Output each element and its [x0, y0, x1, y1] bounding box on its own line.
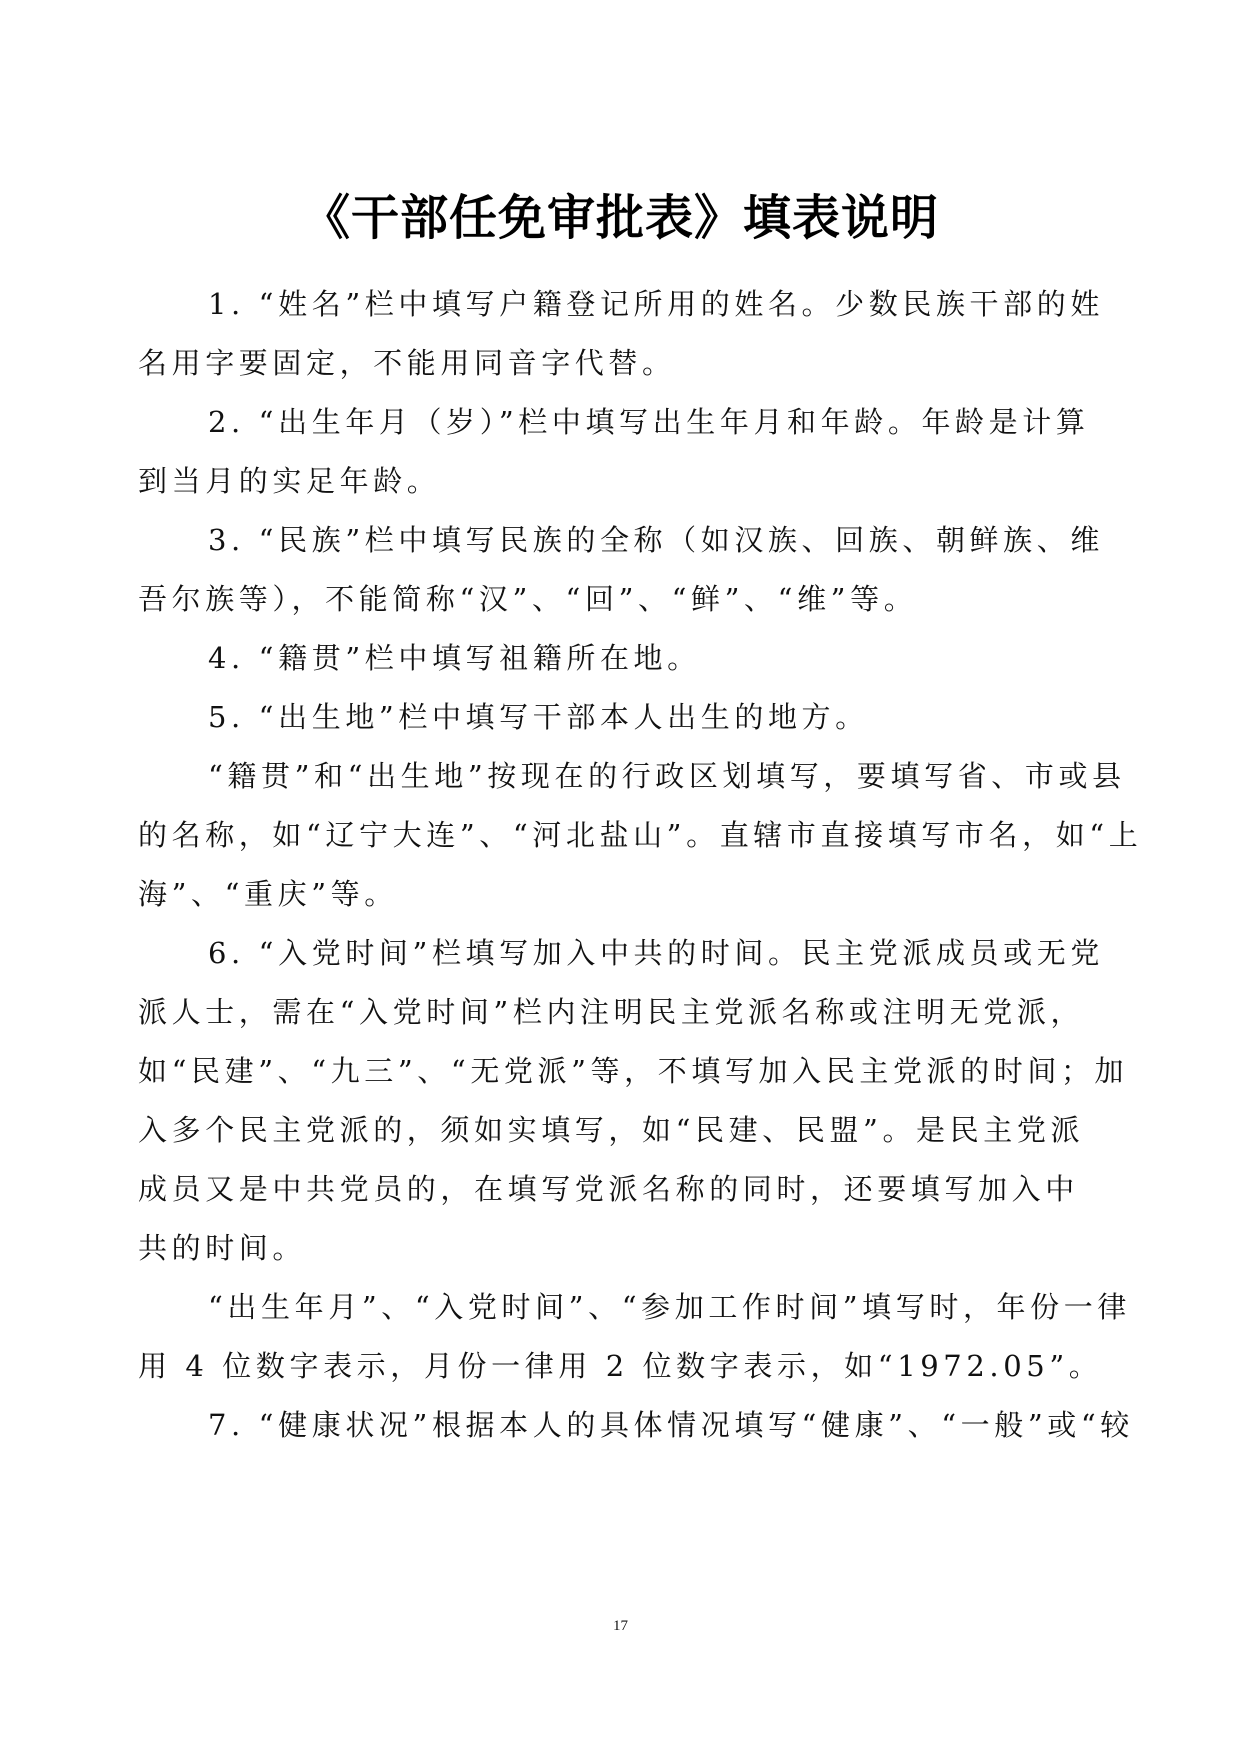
paragraph-line: “出生年月”、“入党时间”、“参加工作时间”填写时，年份一律	[208, 1287, 1168, 1327]
paragraph-line: 用 4 位数字表示，月份一律用 2 位数字表示，如“1972.05”。	[138, 1346, 1098, 1386]
paragraph-line: 2. “出生年月（岁）”栏中填写出生年月和年龄。年龄是计算	[208, 402, 1168, 442]
paragraph-line: 共的时间。	[138, 1228, 1098, 1268]
paragraph-line: 海”、“重庆”等。	[138, 874, 1098, 914]
page-title: 《干部任免审批表》填表说明	[0, 188, 1241, 248]
paragraph-line: 1. “姓名”栏中填写户籍登记所用的姓名。少数民族干部的姓	[208, 284, 1168, 324]
paragraph-line: 3. “民族”栏中填写民族的全称（如汉族、回族、朝鲜族、维	[208, 520, 1168, 560]
page-number: 17	[0, 1618, 1241, 1635]
paragraph-line: 如“民建”、“九三”、“无党派”等，不填写加入民主党派的时间；加	[138, 1051, 1098, 1091]
paragraph-line: 7. “健康状况”根据本人的具体情况填写“健康”、“一般”或“较	[208, 1405, 1168, 1445]
paragraph-line: 成员又是中共党员的，在填写党派名称的同时，还要填写加入中	[138, 1169, 1098, 1209]
paragraph-line: 4. “籍贯”栏中填写祖籍所在地。	[208, 638, 1168, 678]
paragraph-line: 名用字要固定，不能用同音字代替。	[138, 343, 1098, 383]
paragraph-line: 到当月的实足年龄。	[138, 461, 1098, 501]
paragraph-line: “籍贯”和“出生地”按现在的行政区划填写，要填写省、市或县	[208, 756, 1168, 796]
paragraph-line: 派人士，需在“入党时间”栏内注明民主党派名称或注明无党派，	[138, 992, 1098, 1032]
paragraph-line: 6. “入党时间”栏填写加入中共的时间。民主党派成员或无党	[208, 933, 1168, 973]
paragraph-line: 吾尔族等），不能简称“汉”、“回”、“鲜”、“维”等。	[138, 579, 1098, 619]
paragraph-line: 入多个民主党派的，须如实填写，如“民建、民盟”。是民主党派	[138, 1110, 1098, 1150]
document-page: 《干部任免审批表》填表说明 1. “姓名”栏中填写户籍登记所用的姓名。少数民族干…	[0, 0, 1241, 1755]
paragraph-line: 5. “出生地”栏中填写干部本人出生的地方。	[208, 697, 1168, 737]
paragraph-line: 的名称，如“辽宁大连”、“河北盐山”。直辖市直接填写市名，如“上	[138, 815, 1098, 855]
